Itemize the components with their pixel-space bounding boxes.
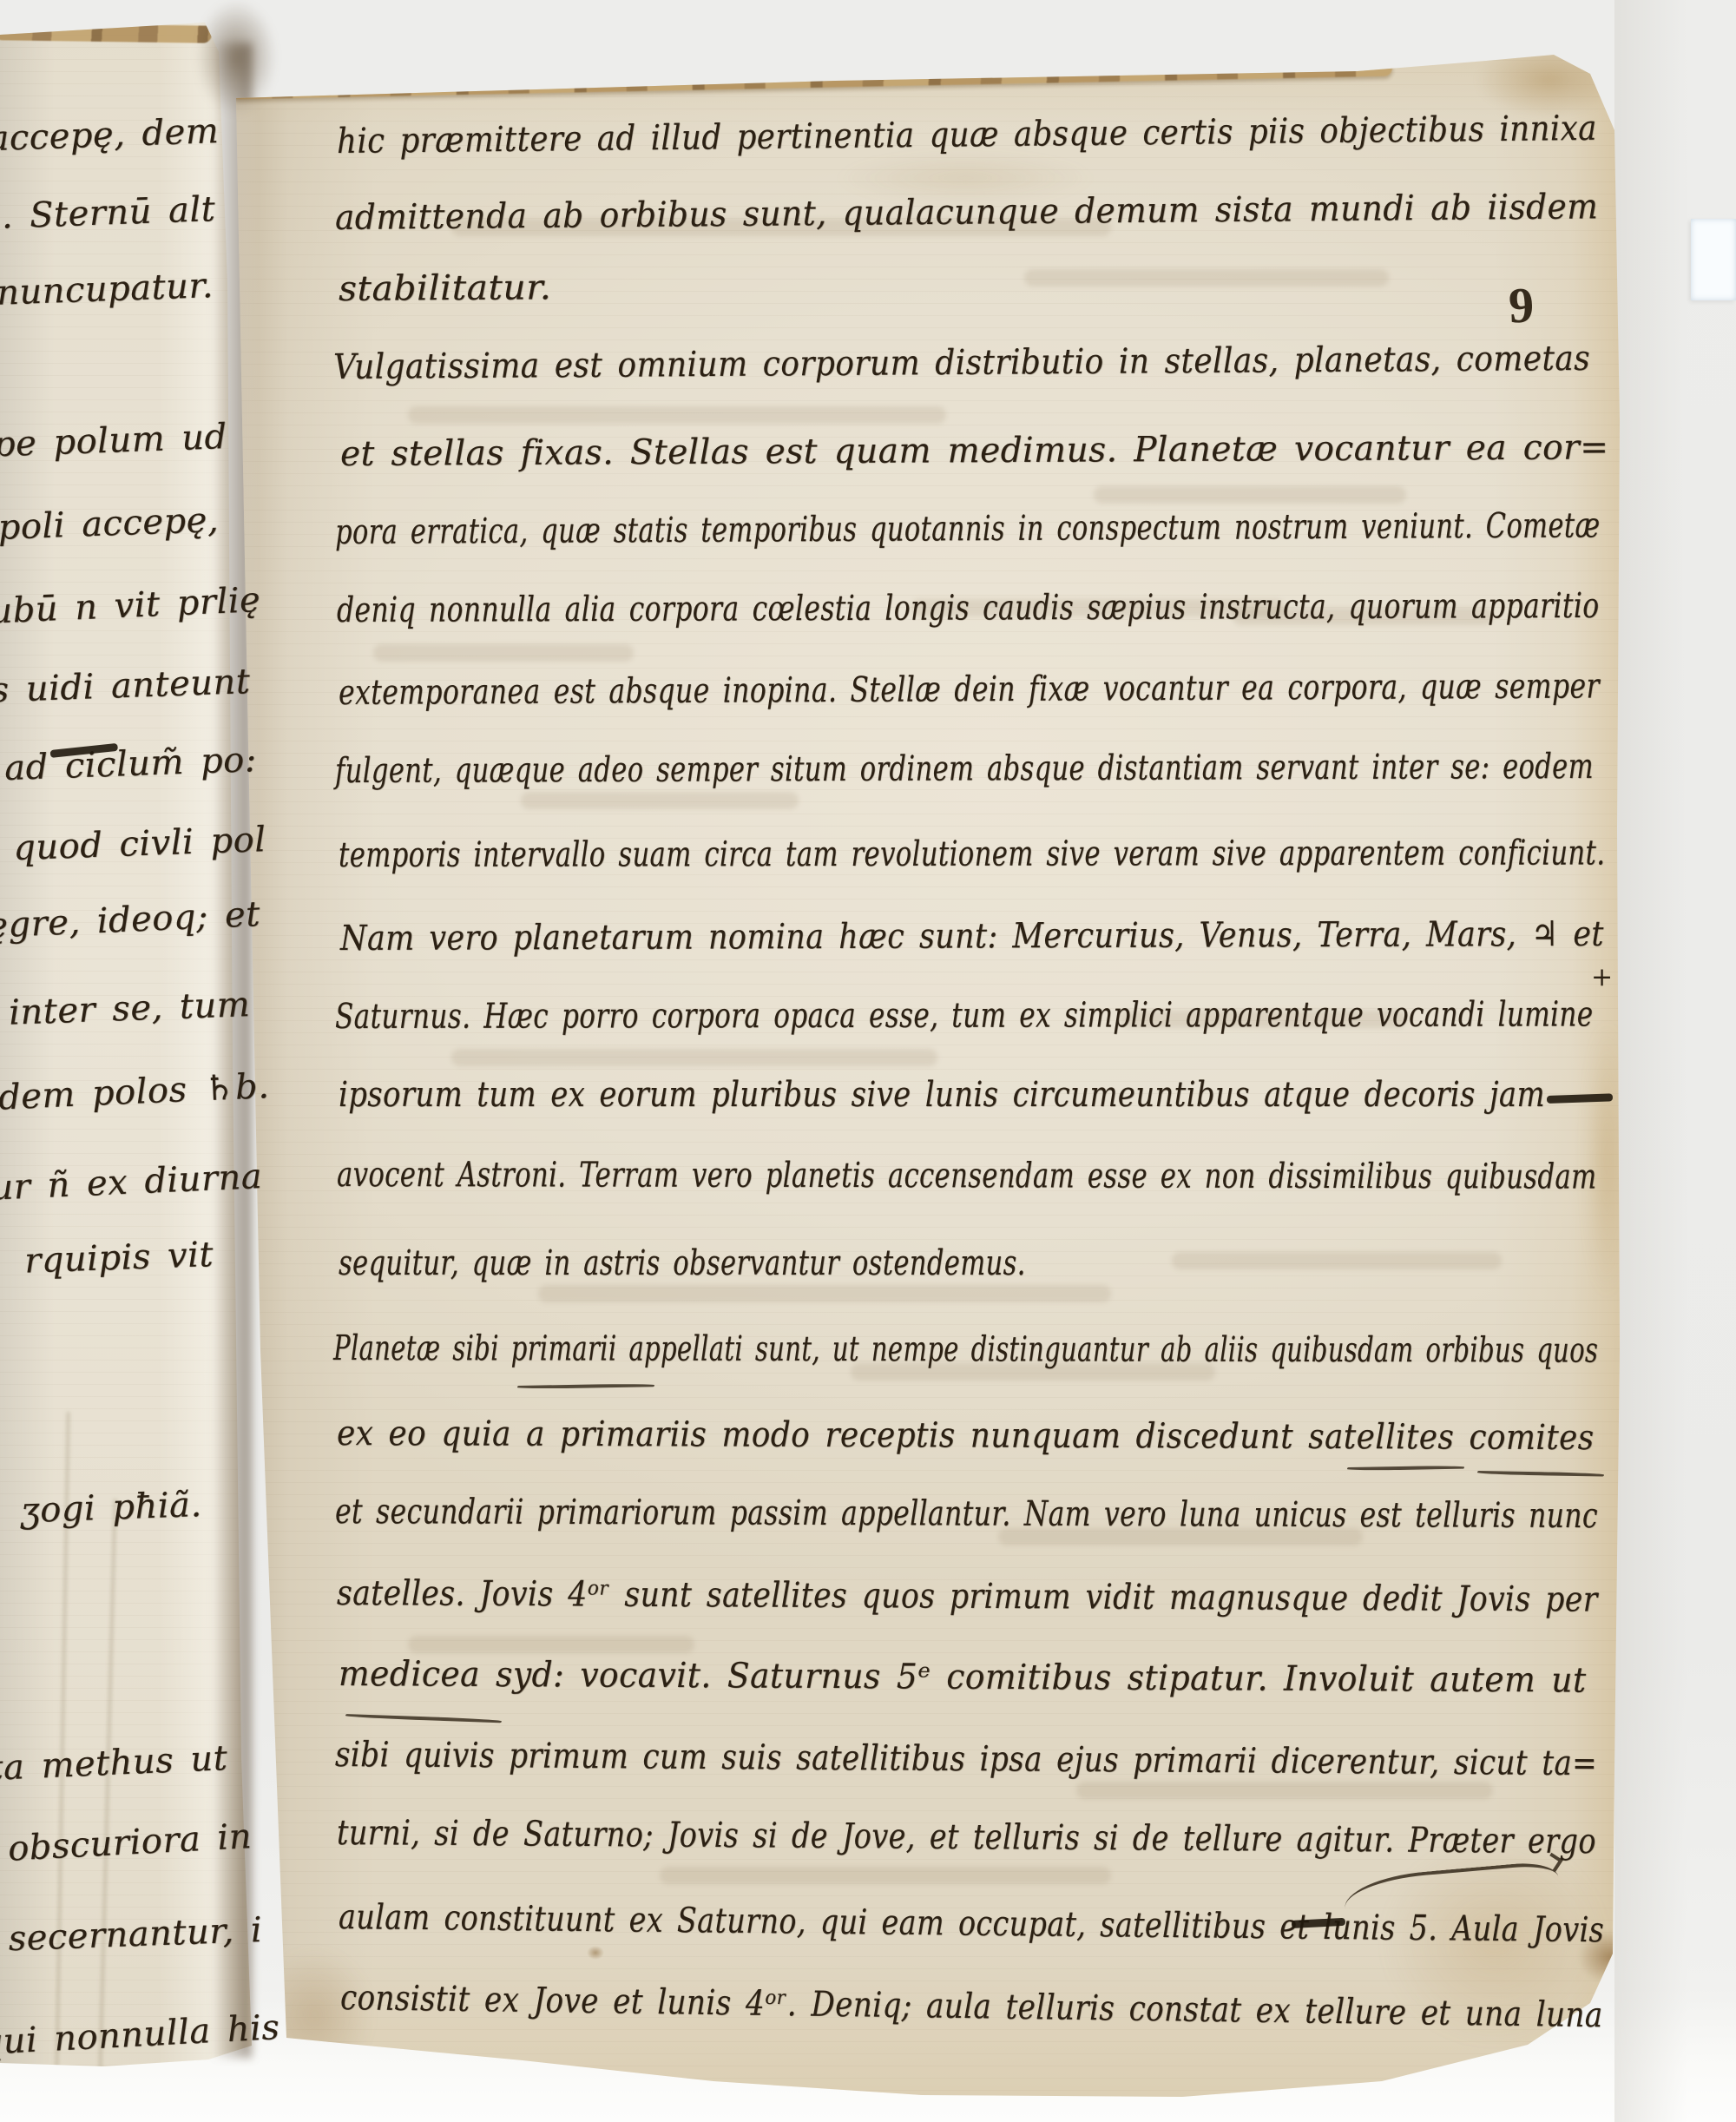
underline-mark [1477,1471,1604,1477]
plus-mark: + [1591,962,1613,992]
archival-tag [1691,219,1736,300]
underline-mark [345,1714,502,1723]
flourish-mark [1343,1860,1560,1908]
underline-mark [517,1383,654,1389]
strike-mark [1547,1093,1613,1104]
strike-mark [50,743,119,758]
strike-mark [1292,1918,1345,1928]
ink-marks: + [0,0,1736,2122]
underline-mark [1347,1466,1464,1471]
